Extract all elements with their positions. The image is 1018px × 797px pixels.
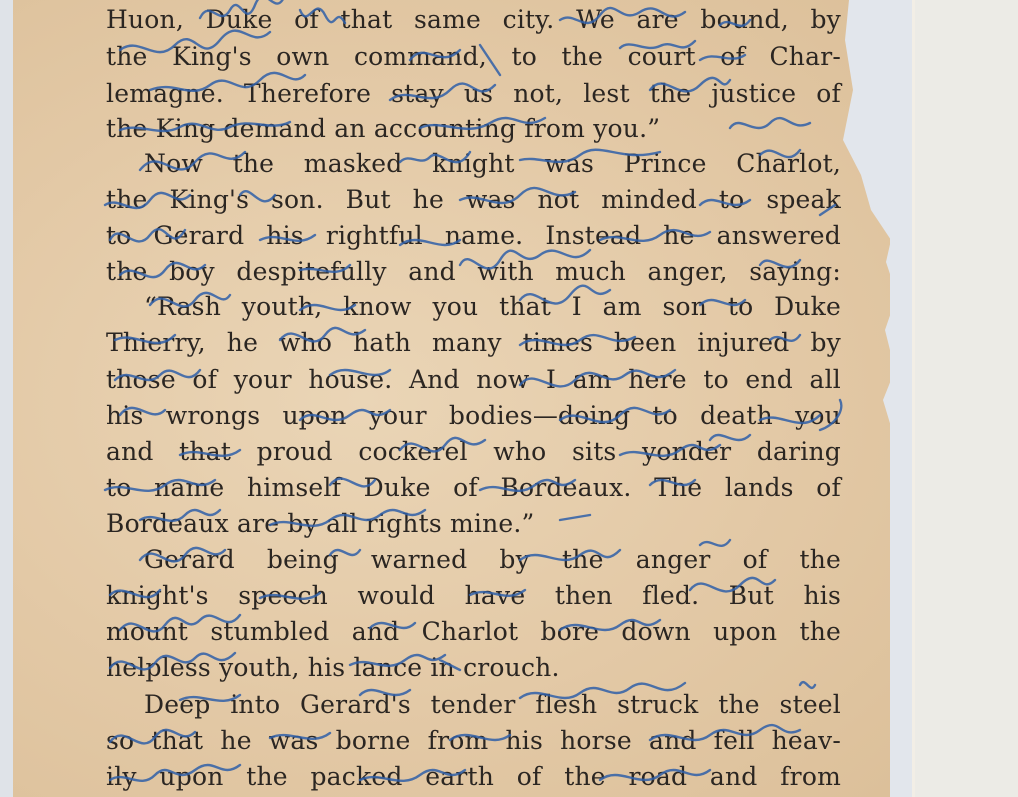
- text-line: Thierry, he who hath many times been inj…: [106, 325, 841, 361]
- text-line: those of your house. And now I am here t…: [106, 362, 841, 398]
- text-line: Bordeaux are by all rights mine.”: [106, 506, 841, 542]
- text-line: to Gerard his rightful name. Instead he …: [106, 218, 841, 254]
- text-line: Huon, Duke of that same city. We are bou…: [106, 2, 841, 38]
- text-line: the boy despitefully and with much anger…: [106, 254, 841, 290]
- text-line: to name himself Duke of Bordeaux. The la…: [106, 470, 841, 506]
- text-line: the King demand an accounting from you.”: [106, 111, 841, 147]
- text-line: lemagne. Therefore stay us not, lest the…: [106, 76, 841, 112]
- text-line: so that he was borne from his horse and …: [106, 723, 841, 759]
- text-line: knight's speech would have then fled. Bu…: [106, 578, 841, 614]
- text-line: “Rash youth, know you that I am son to D…: [106, 289, 841, 325]
- text-line: Deep into Gerard's tender flesh struck t…: [106, 687, 841, 723]
- mat-border: [912, 0, 1018, 797]
- text-line: and that proud cockerel who sits yonder …: [106, 434, 841, 470]
- text-line: Now the masked knight was Prince Charlot…: [106, 146, 841, 182]
- text-line: the King's own command, to the court of …: [106, 39, 841, 75]
- text-line: the King's son. But he was not minded to…: [106, 182, 841, 218]
- backing-strip-left: [0, 0, 13, 797]
- text-line: helpless youth, his lance in crouch.: [106, 650, 841, 686]
- text-line: mount stumbled and Charlot bore down upo…: [106, 614, 841, 650]
- text-line: his wrongs upon your bodies—doing to dea…: [106, 398, 841, 434]
- text-line: ily upon the packed earth of the road an…: [106, 759, 841, 795]
- text-line: Gerard being warned by the anger of the: [106, 542, 841, 578]
